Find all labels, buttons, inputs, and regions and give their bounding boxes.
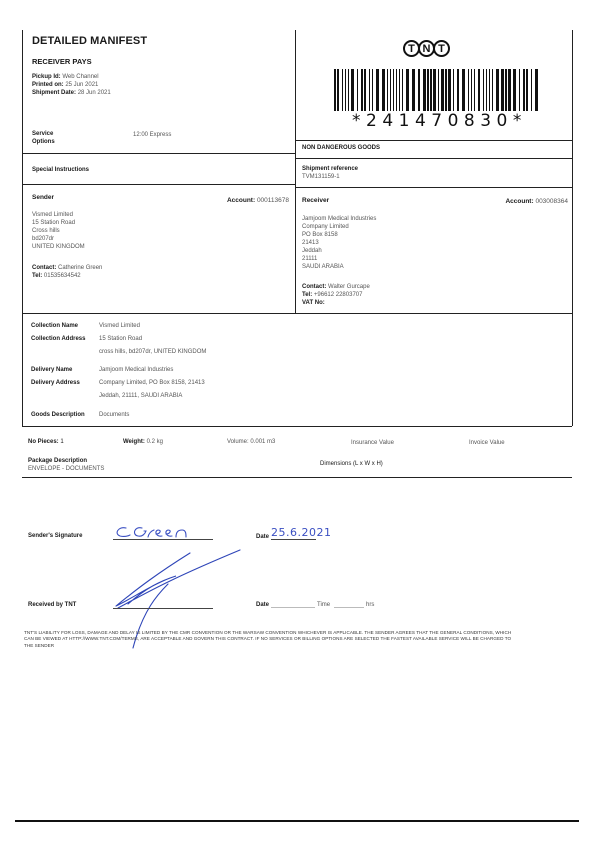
- pickup-id-label: Pickup Id:: [32, 74, 61, 80]
- delivery-address-line: Jeddah, 21111, SAUDI ARABIA: [99, 392, 182, 400]
- printed-on-label: Printed on:: [32, 82, 64, 88]
- volume-label: Volume:: [227, 439, 249, 445]
- manifest-title: DETAILED MANIFEST: [32, 35, 147, 47]
- divider-collection-bottom: [22, 426, 572, 427]
- frame-middle-divider: [295, 30, 296, 313]
- sender-account-value: 000113678: [257, 197, 289, 204]
- sender-account: Account: 000113678: [227, 196, 289, 205]
- sender-tel-value: 01535634542: [44, 273, 81, 279]
- pieces-label: No Pieces:: [28, 439, 59, 445]
- receiver-vat: VAT No:: [302, 299, 325, 307]
- package-description-label: Package Description: [28, 457, 87, 465]
- receiver-account-value: 003008364: [535, 198, 568, 205]
- terms-line: THE SENDER: [24, 643, 569, 649]
- volume: Volume: 0.001 m3: [227, 438, 275, 446]
- sender-address: Vismed Limited 15 Station Road Cross hil…: [32, 211, 85, 251]
- delivery-address-line: Company Limited, PO Box 8158, 21413: [99, 379, 205, 387]
- goods-class: NON DANGEROUS GOODS: [302, 144, 380, 152]
- shipment-date-label: Shipment Date:: [32, 90, 76, 96]
- sender-contact-label: Contact:: [32, 265, 56, 271]
- shipment-reference-label: Shipment reference: [302, 165, 358, 173]
- shipment-date-value: 28 Jun 2021: [78, 90, 111, 96]
- tnt-logo-letter: T: [433, 40, 450, 57]
- divider-package-bottom: [22, 477, 572, 478]
- terms-and-conditions: TNT'S LIABILITY FOR LOSS, DAMAGE AND DEL…: [24, 630, 569, 649]
- sender-address-line: 15 Station Road: [32, 219, 85, 227]
- page-bottom-rule: [15, 820, 579, 822]
- delivery-name-label: Delivery Name: [31, 366, 72, 374]
- pieces: No Pieces: 1: [28, 438, 64, 446]
- received-time-suffix: hrs: [366, 601, 374, 609]
- receiver-tel-value: +96612 22803707: [314, 292, 363, 298]
- receiver-address-line: Jeddah: [302, 247, 376, 255]
- sender-contact-value: Catherine Green: [58, 265, 102, 271]
- goods-description-value: Documents: [99, 411, 129, 419]
- shipment-date: Shipment Date: 28 Jun 2021: [32, 89, 111, 97]
- receiver-vat-label: VAT No:: [302, 300, 325, 306]
- payment-terms: RECEIVER PAYS: [32, 57, 92, 66]
- pieces-value: 1: [60, 439, 63, 445]
- sender-contact: Contact: Catherine Green: [32, 264, 102, 272]
- receiver-tel: Tel: +96612 22803707: [302, 291, 362, 299]
- service-value: 12:00 Express: [133, 131, 171, 139]
- printed-on: Printed on: 25 Jun 2021: [32, 81, 98, 89]
- sender-signature-ink: [112, 522, 202, 542]
- receiver-address-line: Company Limited: [302, 223, 376, 231]
- barcode-icon: [334, 69, 538, 111]
- sender-account-label: Account:: [227, 197, 255, 204]
- receiver-address-line: Jamjoom Medical Industries: [302, 215, 376, 223]
- received-by-label: Received by TNT: [28, 601, 76, 609]
- pickup-id: Pickup Id: Web Channel: [32, 73, 99, 81]
- receiver-heading: Receiver: [302, 196, 329, 205]
- receiver-contact-label: Contact:: [302, 284, 326, 290]
- sender-tel: Tel: 01535634542: [32, 272, 81, 280]
- sender-date-line: [271, 539, 316, 540]
- sender-date-label: Date: [256, 533, 269, 541]
- receiver-contact: Contact: Walter Gurcape: [302, 283, 370, 291]
- received-time-line: [334, 607, 364, 608]
- shipment-reference-value: TVM131159-1: [302, 173, 340, 181]
- divider-special-instructions-bottom: [22, 184, 295, 185]
- receiver-address: Jamjoom Medical Industries Company Limit…: [302, 215, 376, 271]
- divider-top-left-bottom: [22, 153, 295, 154]
- sender-address-line: UNITED KINGDOM: [32, 243, 85, 251]
- sender-heading: Sender: [32, 193, 54, 202]
- sender-address-line: Vismed Limited: [32, 211, 85, 219]
- divider-shipment-reference-bottom: [295, 187, 572, 188]
- package-description-value: ENVELOPE - DOCUMENTS: [28, 465, 104, 473]
- dimensions-label: Dimensions (L x W x H): [320, 460, 383, 468]
- receiver-address-line: 21111: [302, 255, 376, 263]
- printed-on-value: 25 Jun 2021: [65, 82, 98, 88]
- frame-left-border: [22, 30, 23, 426]
- terms-line: CAN BE VIEWED AT HTTP://WWW.TNT.COM/TERM…: [24, 636, 569, 642]
- sender-tel-label: Tel:: [32, 273, 42, 279]
- receiver-tel-label: Tel:: [302, 292, 312, 298]
- collection-name-label: Collection Name: [31, 322, 78, 330]
- frame-right-border: [572, 30, 573, 426]
- tnt-logo-icon: T N T: [405, 40, 450, 57]
- divider-goods-class-bottom: [295, 158, 572, 159]
- sender-address-line: Cross hills: [32, 227, 85, 235]
- receiver-account: Account: 003008364: [505, 197, 568, 206]
- sender-signature-label: Sender's Signature: [28, 532, 82, 540]
- received-signature-line: [113, 608, 213, 609]
- received-date: Date: [256, 601, 269, 609]
- collection-address-line: 15 Station Road: [99, 335, 142, 343]
- received-date-line: [271, 607, 315, 608]
- receiver-contact-value: Walter Gurcape: [328, 284, 370, 290]
- receiver-address-line: SAUDI ARABIA: [302, 263, 376, 271]
- collection-name-value: Vismed Limited: [99, 322, 140, 330]
- sender-date-value: 25.6.2021: [271, 526, 331, 539]
- volume-value: 0.001 m3: [250, 439, 275, 445]
- divider-barcode-bottom: [295, 140, 572, 141]
- divider-parties-bottom: [22, 313, 572, 314]
- weight-label: Weight:: [123, 439, 145, 445]
- sender-address-line: bd207dr: [32, 235, 85, 243]
- service-label: Service: [32, 130, 53, 138]
- collection-address-label: Collection Address: [31, 335, 85, 343]
- invoice-value-label: Invoice Value: [469, 439, 505, 447]
- goods-description-label: Goods Description: [31, 411, 85, 419]
- received-date-label: Date: [256, 602, 269, 608]
- receiver-account-label: Account:: [505, 198, 533, 205]
- receiver-address-line: 21413: [302, 239, 376, 247]
- options-label: Options: [32, 138, 55, 146]
- receiver-address-line: PO Box 8158: [302, 231, 376, 239]
- delivery-name-value: Jamjoom Medical Industries: [99, 366, 173, 374]
- special-instructions-label: Special Instructions: [32, 166, 89, 174]
- weight: Weight: 0.2 kg: [123, 438, 163, 446]
- delivery-address-label: Delivery Address: [31, 379, 80, 387]
- received-time-label: Time: [317, 601, 330, 609]
- weight-value: 0.2 kg: [147, 439, 163, 445]
- insurance-value-label: Insurance Value: [351, 439, 394, 447]
- collection-address-line: cross hills, bd207dr, UNITED KINGDOM: [99, 348, 206, 356]
- barcode-number: *241470830*: [352, 111, 527, 131]
- pickup-id-value: Web Channel: [62, 74, 98, 80]
